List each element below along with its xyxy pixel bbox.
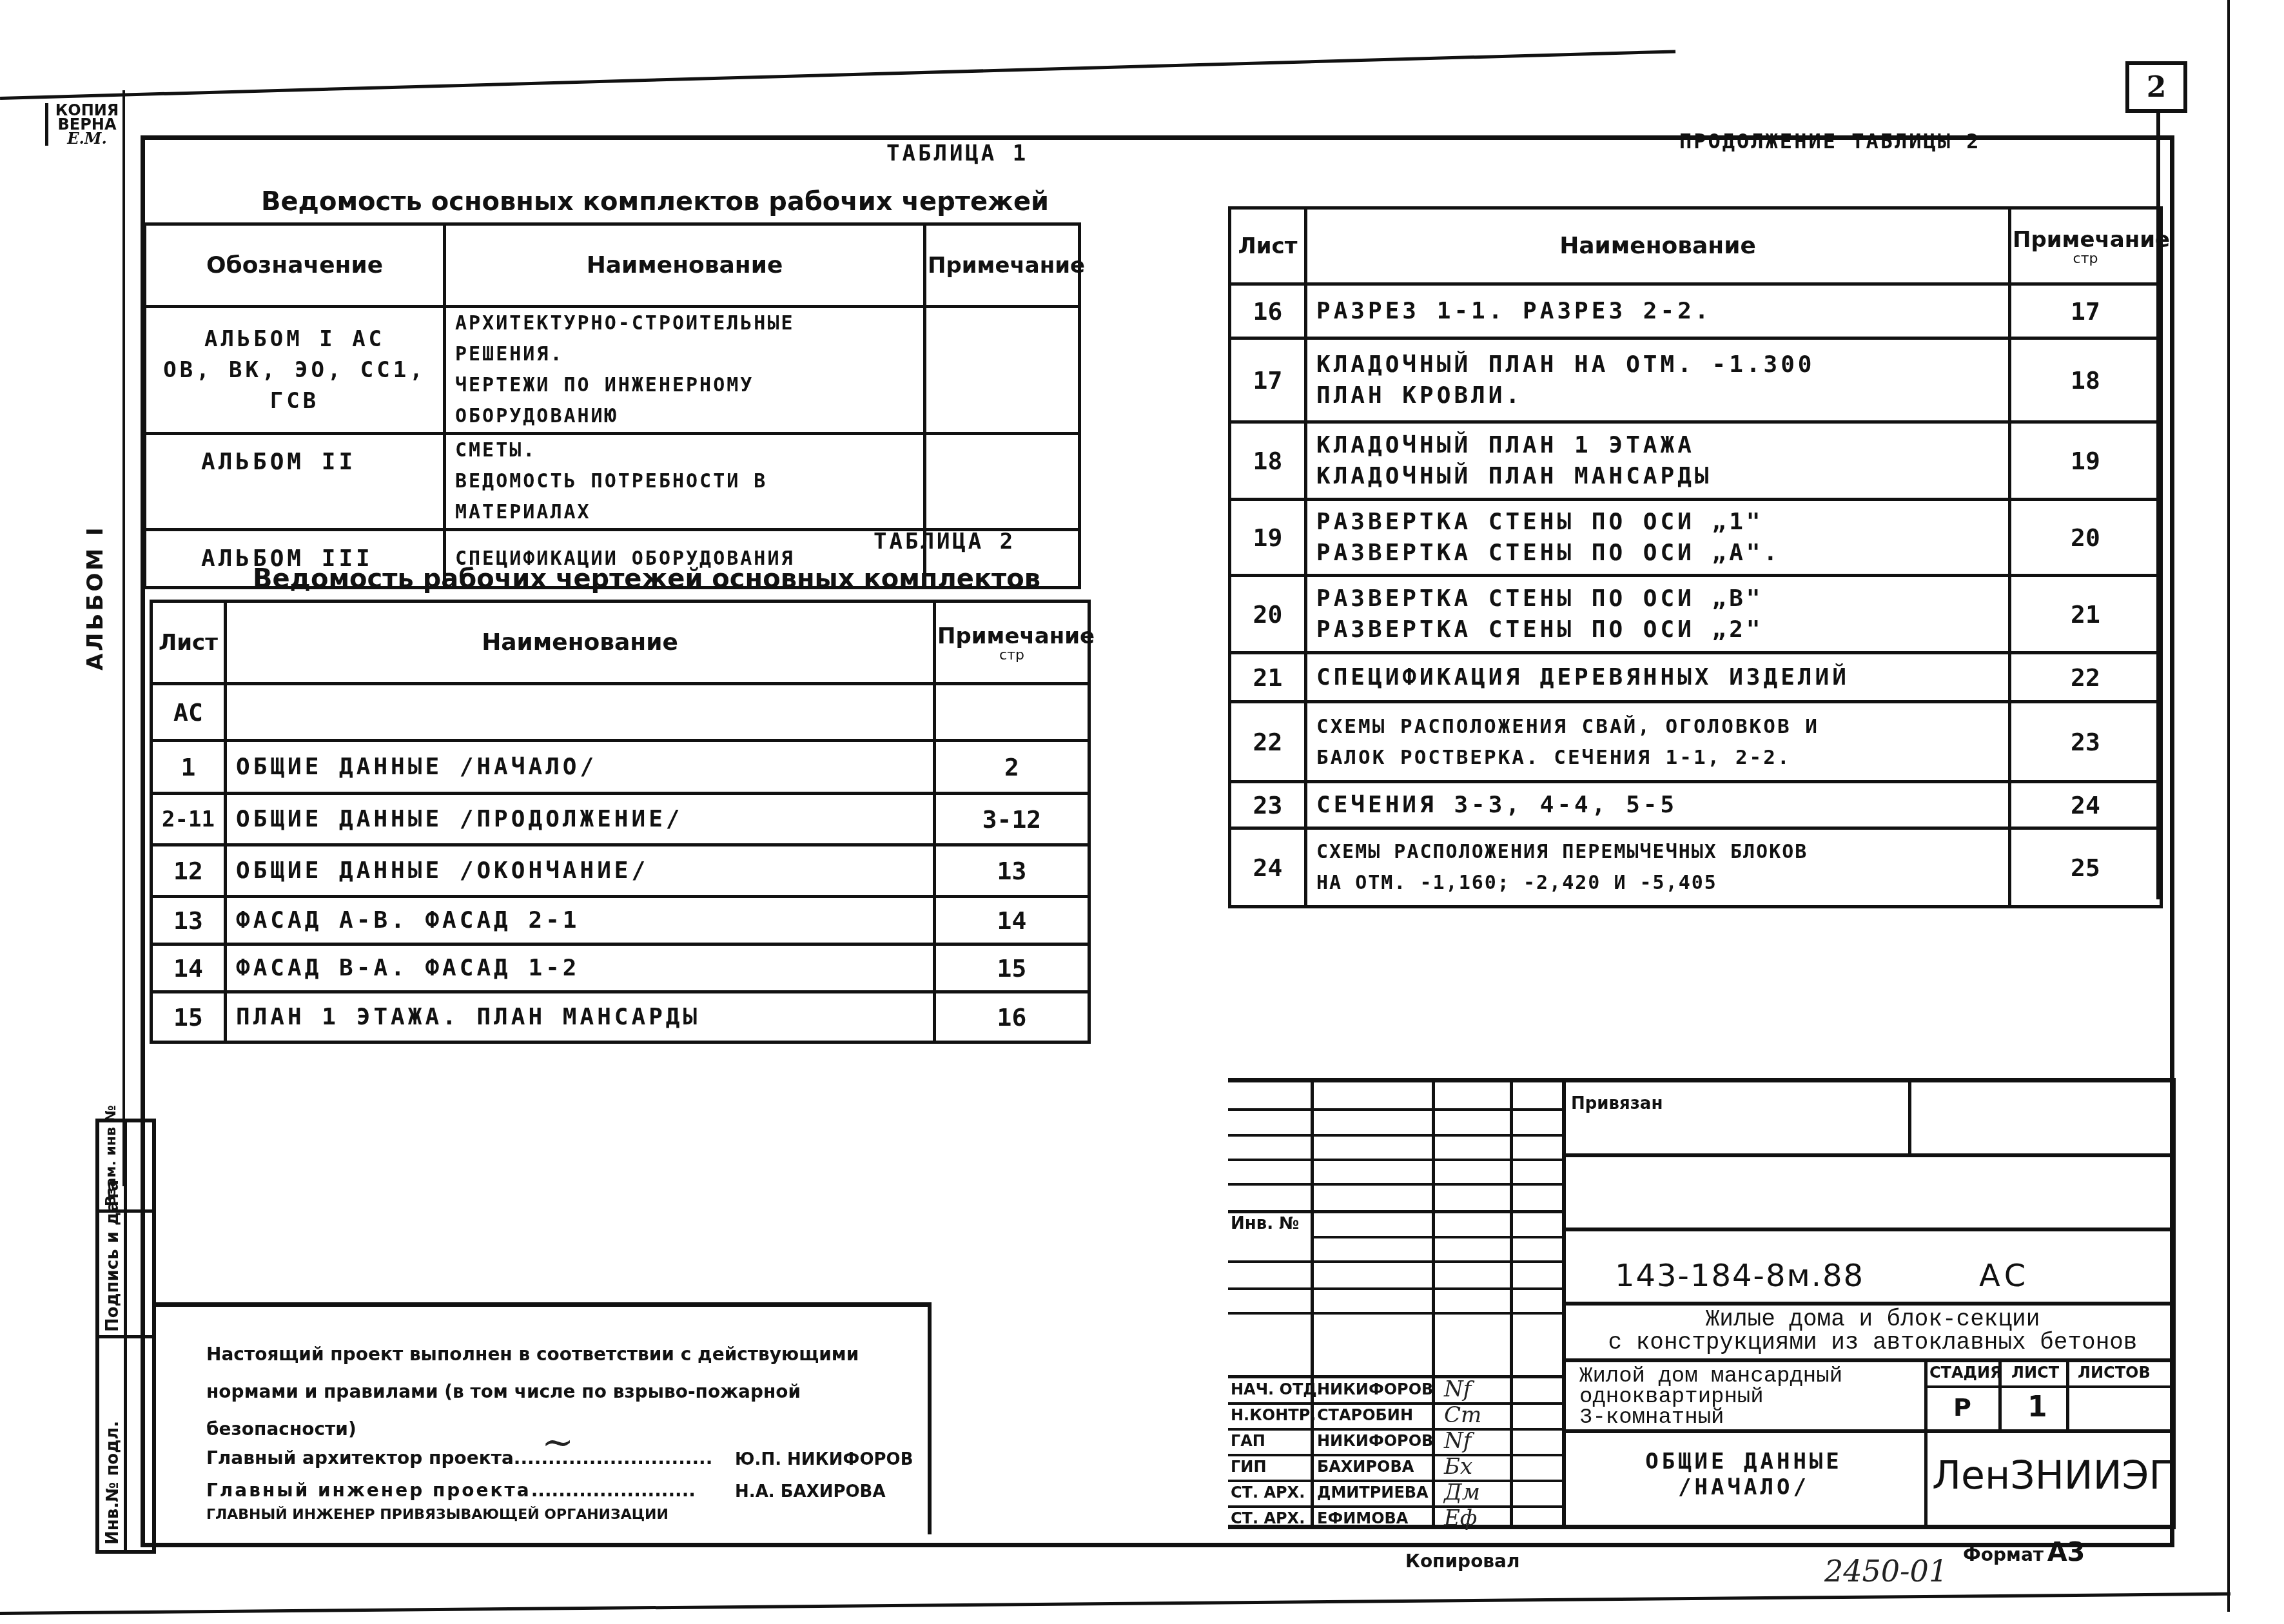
table2-row-sheet: 15 [151,992,226,1042]
signature-name: Старобин [1317,1406,1413,1424]
tb-vline-sheets [2066,1358,2069,1429]
table-row: 12 Общие данные /окончание/ 13 [151,845,1089,897]
table2-cont-row-note: 21 [2010,576,2162,653]
tb-hline-stagehdr [1924,1385,2172,1388]
table1-label: Таблица 1 [886,141,1028,166]
table2-cont-row-name: Кладочный план на отм. -1.300План кровли… [1306,338,2010,422]
tb-hline-right [1563,1429,2172,1433]
table2-cont-row-sheet: 17 [1230,338,1306,422]
table1-row2-designation: Альбом II [145,434,445,530]
tb-hline [1311,1236,1563,1238]
table-row: 23 Сечения 3-3, 4-4, 5-5 24 [1230,782,2162,828]
chief-engineer-line: Главный инженер проекта.................… [206,1478,696,1503]
table2-header-note: Примечание стр [935,602,1089,684]
table2-title: Ведомость рабочих чертежей основных комп… [253,564,1040,594]
signature-role: Нач. отд. [1231,1380,1323,1398]
table2-cont-row-name: Сечения 3-3, 4-4, 5-5 [1306,782,2010,828]
table2-cont-header-note: Примечание стр [2010,208,2162,284]
table-row: Альбом II Сметы. Ведомость потребности в… [145,434,1080,530]
signature-line: ........................ [531,1480,696,1501]
table2-row-note: 15 [935,944,1089,992]
table1-header-name: Наименование [445,224,925,307]
stage-header: Стадия [1929,1364,2002,1382]
table-row: 13 Фасад А-В. Фасад 2-1 14 [151,897,1089,944]
table2-cont-row-note: 17 [2010,284,2162,338]
table2-row-note: 16 [935,992,1089,1042]
table2-cont-row-note: 23 [2010,702,2162,782]
table2-row-name: Общие данные /начало/ [226,741,935,794]
table2-row-note [935,684,1089,741]
signature-mark: Дм [1444,1480,1480,1505]
table2-header-sheet: Лист [151,602,226,684]
table2-cont-label: Продолжение таблицы 2 [1679,129,1981,153]
table2-row-note: 14 [935,897,1089,944]
tb-hline [1228,1260,1563,1263]
tb-hline-right [1563,1228,2172,1231]
sheet-value: 1 [2027,1391,2047,1423]
table-row: Альбом I АС ОВ, ВК, ЭО, СС1, ГСВ Архитек… [145,307,1080,434]
table2-row-name: Общие данные /окончание/ [226,845,935,897]
table-row: 1 Общие данные /начало/ 2 [151,741,1089,794]
table2-cont-row-name: Схемы расположения свай, оголовков ибало… [1306,702,2010,782]
table2-cont-row-note: 22 [2010,653,2162,702]
signature-row: Ст. арх. Дмитриева Дм [1228,1481,1563,1505]
table2-cont-row-note: 25 [2010,828,2162,907]
signature-role: Ст. арх. [1231,1509,1305,1527]
inv-number-label: Инв. № [1231,1214,1299,1233]
table-row: 24 Схемы расположения перемычечных блоко… [1230,828,2162,907]
table1-row1-designation: Альбом I АС ОВ, ВК, ЭО, СС1, ГСВ [145,307,445,434]
project-code-suffix: АС [1979,1258,2029,1294]
signature-name: Никифоров [1317,1432,1433,1450]
table2-cont-row-sheet: 23 [1230,782,1306,828]
signature-mark: Бх [1444,1454,1472,1480]
organization-name: ЛенЗНИИЭП [1932,1453,2171,1498]
table-row: 18 Кладочный план 1 этажаКладочный план … [1230,422,2162,500]
table2-row-note: 2 [935,741,1089,794]
tb-hline-right [1563,1302,2172,1306]
compliance-note-box: Настоящий проект выполнен в соответствии… [155,1302,932,1534]
tb-hline [1228,1108,1563,1111]
tb-hline-right [1563,1358,2172,1362]
tb-hline [1228,1159,1563,1161]
table1-row1-note [925,307,1080,434]
table-row: 15 План 1 этажа. План мансарды 16 [151,992,1089,1042]
signature-role: ГИП [1231,1458,1266,1476]
chief-engineer-name: Н.А. Бахирова [735,1482,886,1502]
title-block: Инв. № Нач. отд. Никифоров Nf Н.контр. С… [1228,1078,2176,1529]
table2-row-sheet: АС [151,684,226,741]
archive-number: 2450-01 [1824,1554,1947,1589]
page-number-box: 2 [2125,61,2187,113]
table2-row-sheet: 13 [151,897,226,944]
series-title: Жилые дома и блок-секции с конструкциями… [1589,1308,2156,1355]
table2-continuation: Лист Наименование Примечание стр 16 Разр… [1228,206,2163,908]
copied-by-label: Копировал [1405,1551,1520,1572]
table-row: АС [151,684,1089,741]
compliance-note-text: Настоящий проект выполнен в соответствии… [206,1336,859,1448]
signature-row: Нач. отд. Никифоров Nf [1228,1378,1563,1402]
signature-role: Н.контр. [1231,1406,1316,1424]
table-row: 17 Кладочный план на отм. -1.300План кро… [1230,338,2162,422]
format-value: А3 [2047,1538,2085,1567]
table2-cont-row-sheet: 18 [1230,422,1306,500]
chief-architect-label: Главный архитектор проекта [206,1447,514,1469]
table2-cont-header-name: Наименование [1306,208,2010,284]
table2-row-name: Общие данные /продолжение/ [226,794,935,845]
format-label: Формат [1963,1544,2044,1565]
sheet-title: Общие данные /начало/ [1576,1449,1911,1500]
table2-row-name: Фасад А-В. Фасад 2-1 [226,897,935,944]
stage-value: Р [1953,1393,1971,1422]
table2-cont-row-sheet: 22 [1230,702,1306,782]
table2-cont-row-name: Спецификация деревянных изделий [1306,653,2010,702]
signature-name: Дмитриева [1317,1483,1429,1502]
table2-row-note: 3-12 [935,794,1089,845]
strip-label-signature-date: Подпись и дата [103,1180,122,1332]
table1-title: Ведомость основных комплектов рабочих че… [261,187,1049,217]
table2-row-sheet: 2-11 [151,794,226,845]
table-row: 21 Спецификация деревянных изделий 22 [1230,653,2162,702]
signature-name: Ефимова [1317,1509,1408,1527]
table2-header-name: Наименование [226,602,935,684]
stamp-initials: Е.М. [48,132,126,146]
tb-vline-stage [1924,1358,1928,1525]
table2-cont-row-name: Разрез 1-1. Разрез 2-2. [1306,284,2010,338]
chief-engineer-label: Главный инженер проекта [206,1480,531,1501]
table2-cont-row-name: Развертка стены по оси „1"Развертка стен… [1306,500,2010,576]
strip-label-original-inv: Инв.№ подл. [103,1421,122,1545]
signature-name: Никифоров [1317,1380,1433,1398]
table2-row-name: План 1 этажа. План мансарды [226,992,935,1042]
table2-row-sheet: 1 [151,741,226,794]
table1-row1-name: Архитектурно-строительные решения. Черте… [445,307,925,434]
table-row: 16 Разрез 1-1. Разрез 2-2. 17 [1230,284,2162,338]
table2-cont-row-sheet: 16 [1230,284,1306,338]
sheet-edge-top [0,50,1675,100]
sheet-bottom-edge [0,1592,2230,1615]
strip-row-divider-2 [99,1335,152,1338]
table2-row-sheet: 12 [151,845,226,897]
table2-row-name: Фасад В-А. Фасад 1-2 [226,944,935,992]
table2-cont-row-name: Развертка стены по оси „В"Развертка стен… [1306,576,2010,653]
table2-cont-row-sheet: 21 [1230,653,1306,702]
copy-certified-stamp: Копия верна Е.М. [45,103,126,146]
table-row: 20 Развертка стены по оси „В"Развертка с… [1230,576,2162,653]
table1-header-note: Примечание [925,224,1080,307]
table2-cont-row-sheet: 24 [1230,828,1306,907]
left-binding-strip: Взам. инв № Подпись и дата Инв.№ подл. [95,1119,156,1554]
table2-row-name [226,684,935,741]
album-side-label: Альбом I [83,525,108,670]
table1-header-row: Обозначение Наименование Примечание [145,224,1080,307]
tb-hline [1228,1134,1563,1137]
table2-cont-row-sheet: 19 [1230,500,1306,576]
signature-mark: Nf [1444,1428,1471,1454]
table2-row-sheet: 14 [151,944,226,992]
table-row: 14 Фасад В-А. Фасад 1-2 15 [151,944,1089,992]
signature-role: Ст. арх. [1231,1483,1305,1502]
table1-row2-name: Сметы. Ведомость потребности в материала… [445,434,925,530]
signature-role: ГАП [1231,1432,1265,1450]
table2-cont-row-note: 24 [2010,782,2162,828]
chief-architect-signature: ~ [542,1420,574,1465]
chief-architect-line: Главный архитектор проекта..............… [206,1445,712,1471]
bound-label: Привязан [1571,1094,1663,1113]
table2-cont-header-sheet: Лист [1230,208,1306,284]
sheets-header: Листов [2078,1364,2151,1382]
project-code: 143-184-8м.88 [1615,1258,1864,1294]
signature-mark: Cm [1444,1402,1481,1428]
signature-mark: Еф [1444,1505,1477,1531]
sheet-header: Лист [2011,1364,2059,1382]
stamp-divider [122,90,125,1186]
tb-hline [1228,1312,1563,1315]
table-row: 19 Развертка стены по оси „1"Развертка с… [1230,500,2162,576]
table2-header-row: Лист Наименование Примечание стр [151,602,1089,684]
tb-hline [1228,1287,1563,1290]
signature-name: Бахирова [1317,1458,1414,1476]
table2-cont-row-note: 20 [2010,500,2162,576]
signature-mark: Nf [1444,1376,1471,1402]
sheet-format: Формат А3 [1963,1538,2085,1567]
binding-engineer-label: Главный инженер привязывающей организаци… [206,1507,669,1523]
table1-header-designation: Обозначение [145,224,445,307]
tb-hline [1228,1210,1563,1213]
signature-row: Ст. арх. Ефимова Еф [1228,1507,1563,1531]
table2-cont-row-note: 18 [2010,338,2162,422]
table-row: 2-11 Общие данные /продолжение/ 3-12 [151,794,1089,845]
table2-cont-header-row: Лист Наименование Примечание стр [1230,208,2162,284]
table2-cont-row-sheet: 20 [1230,576,1306,653]
page-number: 2 [2147,71,2167,104]
signature-row: ГАП Никифоров Nf [1228,1429,1563,1454]
table-row: 22 Схемы расположения свай, оголовков иб… [1230,702,2162,782]
table1-row2-note [925,434,1080,530]
tb-hline-right [1563,1153,2172,1157]
tb-vline-bound [1908,1082,1911,1153]
signature-row: Н.контр. Старобин Cm [1228,1404,1563,1428]
table2-label: Таблица 2 [874,529,1015,554]
building-title: Жилой дом мансардный одноквартирный 3-ко… [1579,1366,1842,1428]
table2-cont-row-name: Схемы расположения перемычечных блоковна… [1306,828,2010,907]
table2-row-note: 13 [935,845,1089,897]
signature-row: ГИП Бахирова Бх [1228,1455,1563,1480]
table2-cont-row-note: 19 [2010,422,2162,500]
tb-hline [1228,1183,1563,1186]
table2: Лист Наименование Примечание стр АС 1 Об… [150,600,1091,1044]
sheet-edge-right [2227,0,2230,1612]
table2-cont-row-name: Кладочный план 1 этажаКладочный план ман… [1306,422,2010,500]
chief-architect-name: Ю.П. Никифоров [735,1450,913,1469]
